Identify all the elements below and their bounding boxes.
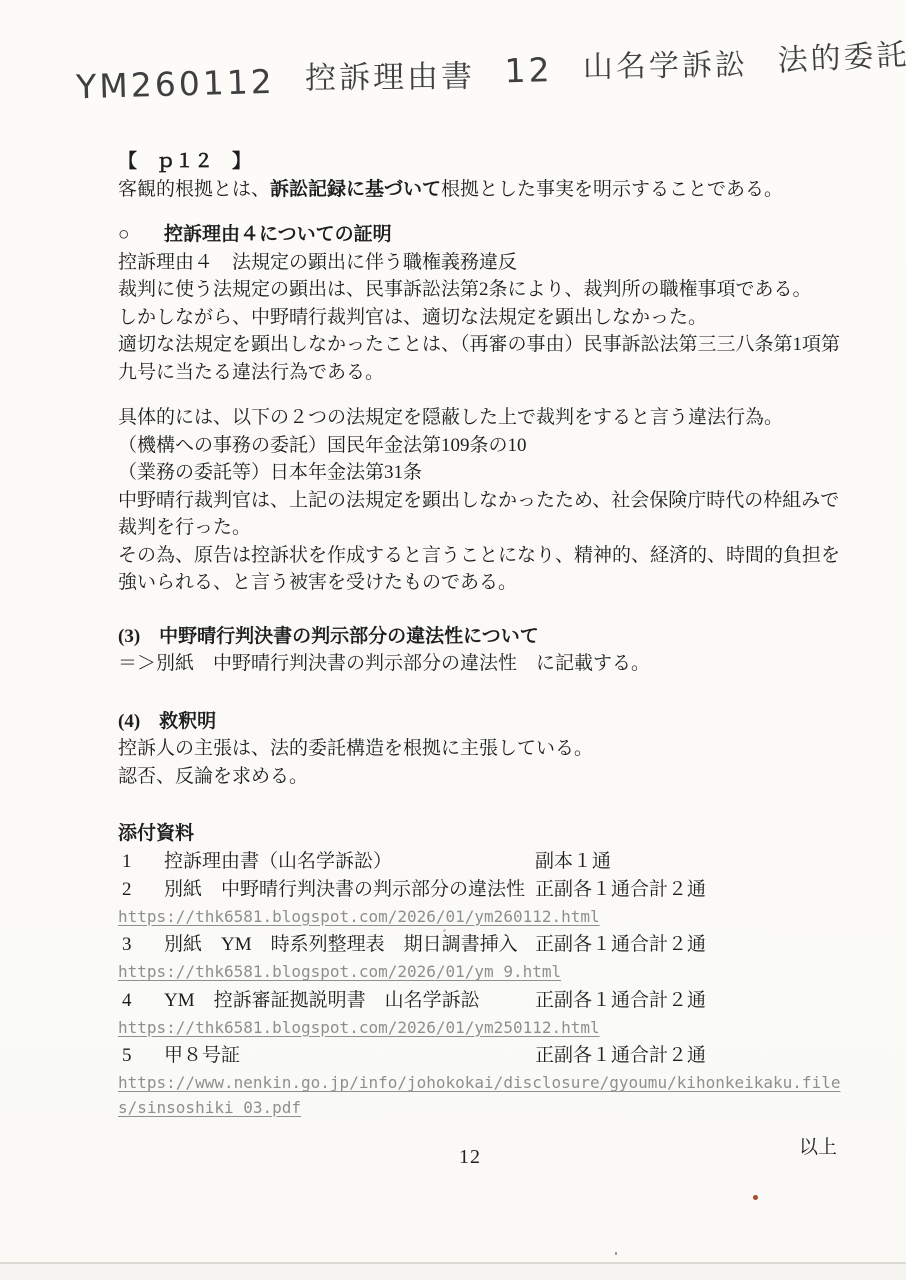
- intro-pre: 客観的根拠とは、: [118, 179, 270, 200]
- circle-marker: ○: [118, 221, 164, 249]
- attachment-number: 2: [122, 876, 132, 904]
- page-tag: 【 ｐ１２ 】: [118, 148, 845, 176]
- attachment-copies: 正副各１通合計２通: [535, 876, 706, 904]
- handwritten-page-no: 12: [504, 50, 553, 90]
- handwritten-doc-type: 控訴理由書: [304, 51, 474, 98]
- scan-speck: [615, 1252, 617, 1255]
- intro-bold: 訴訟記録に基づいて: [270, 179, 441, 200]
- attachment-copies: 正副各１通合計２通: [535, 1042, 706, 1070]
- attachment-url: https://thk6581.blogspot.com/2026/01/ym_…: [118, 960, 845, 985]
- closing-ijou: 以上: [118, 1134, 845, 1162]
- attachments-heading: 添付資料: [118, 820, 845, 848]
- attachment-copies: 副本１通: [535, 848, 611, 876]
- attachment-row: 3 別紙 YM 時系列整理表 期日調書挿入 正副各１通合計２通: [118, 931, 845, 959]
- document-body: 【 ｐ１２ 】 客観的根拠とは、訴訟記録に基づいて根拠とした事実を明示することで…: [118, 148, 845, 1162]
- attachment-url: https://thk6581.blogspot.com/2026/01/ym2…: [118, 1016, 845, 1041]
- section4-heading: (4) 救釈明: [118, 708, 845, 736]
- intro-post: 根拠とした事実を明示することである。: [441, 179, 783, 200]
- detail-line: 具体的には、以下の２つの法規定を隠蔽した上で裁判をすると言う違法行為。: [118, 404, 845, 432]
- attachment-label: 甲８号証: [164, 1042, 240, 1070]
- attachment-label: 別紙 YM 時系列整理表 期日調書挿入: [164, 931, 518, 959]
- proof-heading-text: 控訴理由４についての証明: [164, 221, 392, 249]
- attachment-number: 3: [122, 931, 132, 959]
- detail-line: （機構への事務の委託）国民年金法第109条の10: [118, 432, 845, 460]
- section4-line: 認否、反論を求める。: [118, 763, 845, 791]
- attachment-row: 2 別紙 中野晴行判決書の判示部分の違法性 正副各１通合計２通: [118, 876, 845, 904]
- detail-line: （業務の委託等）日本年金法第31条: [118, 459, 845, 487]
- attachment-number: 1: [122, 848, 132, 876]
- scan-speck: [443, 929, 446, 932]
- handwritten-doc-id: YM260112: [76, 62, 276, 107]
- proof-section-heading: ○ 控訴理由４についての証明: [118, 221, 845, 249]
- section4-line: 控訴人の主張は、法的委託構造を根拠に主張している。: [118, 735, 845, 763]
- proof-line: 控訴理由４ 法規定の顕出に伴う職権義務違反: [118, 249, 845, 277]
- attachment-number: 4: [122, 987, 132, 1015]
- handwritten-topic: 法的委託構造: [776, 26, 906, 80]
- spacer: [118, 597, 845, 623]
- attachment-copies: 正副各１通合計２通: [535, 931, 706, 959]
- detail-line: その為、原告は控訴状を作成すると言うことになり、精神的、経済的、時間的負担を強い…: [118, 542, 845, 597]
- section3-heading: (3) 中野晴行判決書の判示部分の違法性について: [118, 623, 845, 651]
- attachment-number: 5: [122, 1042, 132, 1070]
- attachment-copies: 正副各１通合計２通: [535, 987, 706, 1015]
- section3-line: ＝＞別紙 中野晴行判決書の判示部分の違法性 に記載する。: [118, 650, 845, 678]
- attachment-row: 5 甲８号証 正副各１通合計２通: [118, 1042, 845, 1070]
- attachment-label: 別紙 中野晴行判決書の判示部分の違法性: [164, 876, 525, 904]
- spacer: [118, 386, 845, 404]
- detail-line: 中野晴行裁判官は、上記の法規定を顕出しなかったため、社会保険庁時代の枠組みで裁判…: [118, 487, 845, 542]
- spacer: [118, 203, 845, 221]
- handwritten-case-name: 山名学訴訟: [582, 40, 748, 86]
- proof-line: 適切な法規定を顕出しなかったことは、（再審の事由）民事訴訟法第三三八条第1項第九…: [118, 331, 845, 386]
- attachment-row: 1 控訴理由書（山名学訴訟） 副本１通: [118, 848, 845, 876]
- scanned-document-page: YM260112 控訴理由書 12 山名学訴訟 法的委託構造 【 ｐ１２ 】 客…: [0, 0, 906, 1280]
- attachment-row: 4 YM 控訴審証拠説明書 山名学訴訟 正副各１通合計２通: [118, 987, 845, 1015]
- attachment-label: YM 控訴審証拠説明書 山名学訴訟: [164, 987, 480, 1015]
- red-ink-speck: [753, 1195, 758, 1200]
- scan-edge-strip: [0, 1264, 906, 1280]
- attachment-label: 控訴理由書（山名学訴訟）: [164, 848, 392, 876]
- attachment-url: https://thk6581.blogspot.com/2026/01/ym2…: [118, 905, 845, 930]
- proof-line: しかしながら、中野晴行裁判官は、適切な法規定を顕出しなかった。: [118, 304, 845, 332]
- proof-line: 裁判に使う法規定の顕出は、民事訴訟法第2条により、裁判所の職権事項である。: [118, 276, 845, 304]
- intro-line: 客観的根拠とは、訴訟記録に基づいて根拠とした事実を明示することである。: [118, 176, 845, 204]
- spacer: [118, 790, 845, 820]
- spacer: [118, 678, 845, 708]
- page-number: 12: [459, 1146, 481, 1169]
- handwritten-title: YM260112 控訴理由書 12 山名学訴訟 法的委託構造: [76, 42, 817, 108]
- attachment-url: https://www.nenkin.go.jp/info/johokokai/…: [118, 1071, 845, 1120]
